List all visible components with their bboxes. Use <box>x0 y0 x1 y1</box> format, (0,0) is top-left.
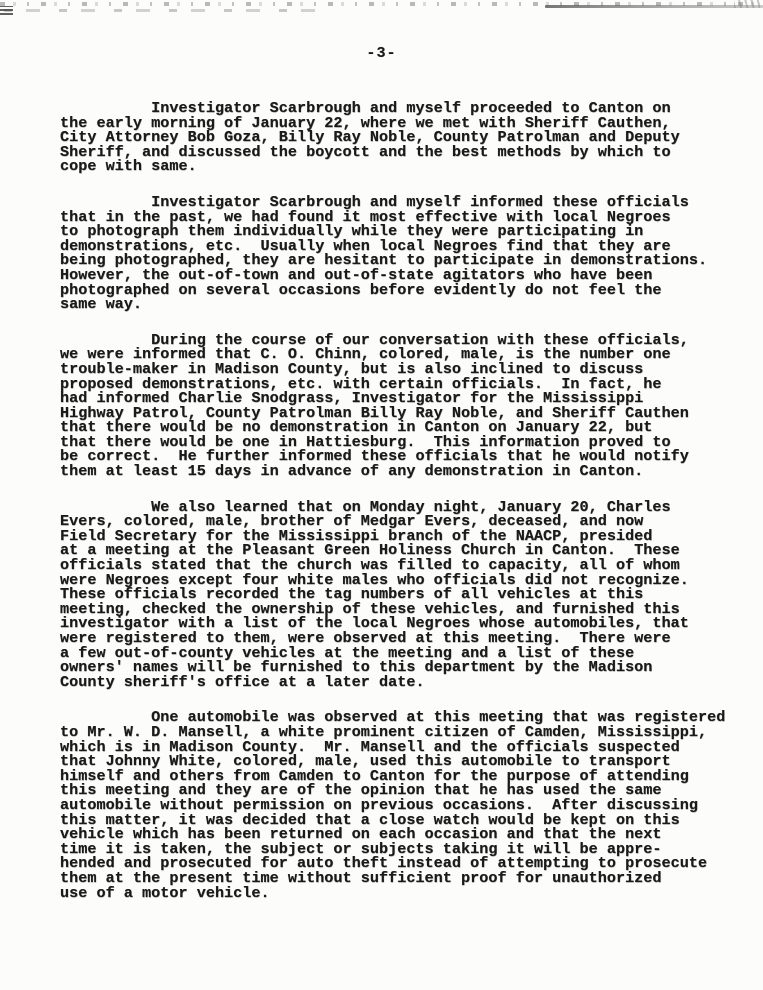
scan-noise-top-left-smudge <box>0 6 13 15</box>
scan-noise-top-edge-secondary <box>4 9 334 12</box>
report-paragraph-1: Investigator Scarbrough and myself proce… <box>60 101 740 174</box>
report-paragraph-2: Investigator Scarbrough and myself infor… <box>60 195 740 312</box>
report-body: Investigator Scarbrough and myself proce… <box>60 101 740 921</box>
scanned-report-page: -3- Investigator Scarbrough and myself p… <box>0 0 763 990</box>
report-paragraph-4: We also learned that on Monday night, Ja… <box>60 500 740 690</box>
report-paragraph-3: During the course of our conversation wi… <box>60 333 740 479</box>
scan-noise-top-right-line <box>545 5 763 8</box>
page-number: -3- <box>0 44 763 62</box>
scan-noise-top-right-smudge <box>734 0 760 8</box>
report-paragraph-5: One automobile was observed at this meet… <box>60 710 740 900</box>
